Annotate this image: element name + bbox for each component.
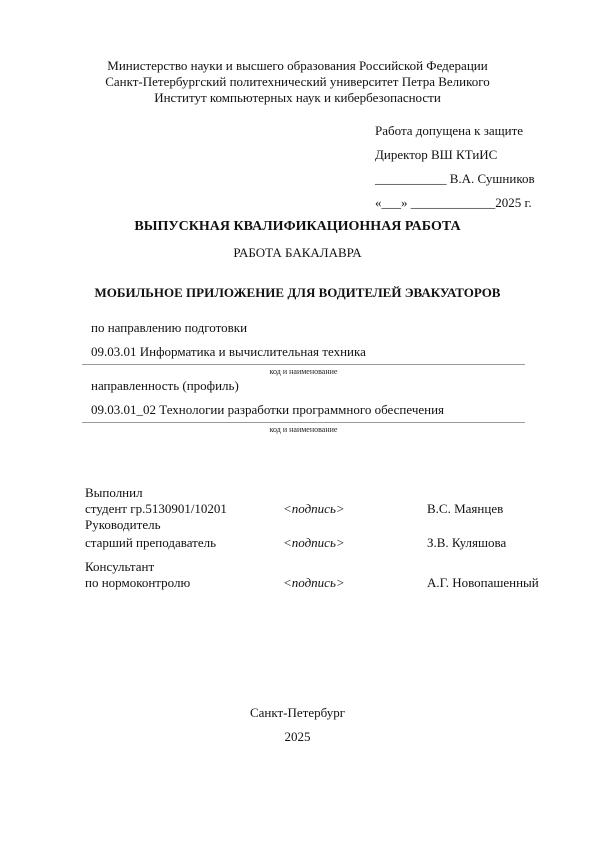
profile-underline bbox=[82, 422, 525, 423]
signer-role-consultant: Консультант bbox=[85, 559, 154, 574]
signer-position-supervisor: старший преподаватель bbox=[85, 535, 216, 550]
direction-caption: код и наименование bbox=[82, 367, 525, 376]
signer-name-supervisor: З.В. Куляшова bbox=[427, 535, 506, 550]
direction-value: 09.03.01 Информатика и вычислительная те… bbox=[91, 344, 366, 359]
signer-group-student: студент гр.5130901/10201 bbox=[85, 501, 227, 516]
approval-date-line: «___» _____________2025 г. bbox=[375, 195, 532, 210]
footer-year: 2025 bbox=[0, 729, 595, 744]
signer-role-student: Выполнил bbox=[85, 485, 143, 500]
approval-director: Директор ВШ КТиИС bbox=[375, 147, 497, 162]
direction-label: по направлению подготовки bbox=[91, 320, 247, 335]
signature-placeholder-student: <подпись> bbox=[283, 501, 345, 516]
ministry-line: Министерство науки и высшего образования… bbox=[0, 58, 595, 73]
approval-admitted: Работа допущена к защите bbox=[375, 123, 523, 138]
signature-placeholder-supervisor: <подпись> bbox=[283, 535, 345, 550]
signer-position-consultant: по нормоконтролю bbox=[85, 575, 190, 590]
document-subtype: РАБОТА БАКАЛАВРА bbox=[0, 245, 595, 260]
thesis-topic: МОБИЛЬНОЕ ПРИЛОЖЕНИЕ ДЛЯ ВОДИТЕЛЕЙ ЭВАКУ… bbox=[0, 285, 595, 301]
university-line: Санкт-Петербургский политехнический унив… bbox=[0, 74, 595, 89]
approval-signature-line: ___________ В.А. Сушников bbox=[375, 171, 535, 186]
profile-value: 09.03.01_02 Технологии разработки програ… bbox=[91, 402, 444, 417]
profile-label: направленность (профиль) bbox=[91, 378, 239, 393]
signer-name-consultant: А.Г. Новопашенный bbox=[427, 575, 539, 590]
direction-underline bbox=[82, 364, 525, 365]
footer-city: Санкт-Петербург bbox=[0, 705, 595, 720]
institute-line: Институт компьютерных наук и кибербезопа… bbox=[0, 90, 595, 105]
signature-placeholder-consultant: <подпись> bbox=[283, 575, 345, 590]
signer-role-supervisor: Руководитель bbox=[85, 517, 161, 532]
profile-caption: код и наименование bbox=[82, 425, 525, 434]
signer-name-student: В.С. Маянцев bbox=[427, 501, 503, 516]
document-type-title: ВЫПУСКНАЯ КВАЛИФИКАЦИОННАЯ РАБОТА bbox=[0, 219, 595, 235]
